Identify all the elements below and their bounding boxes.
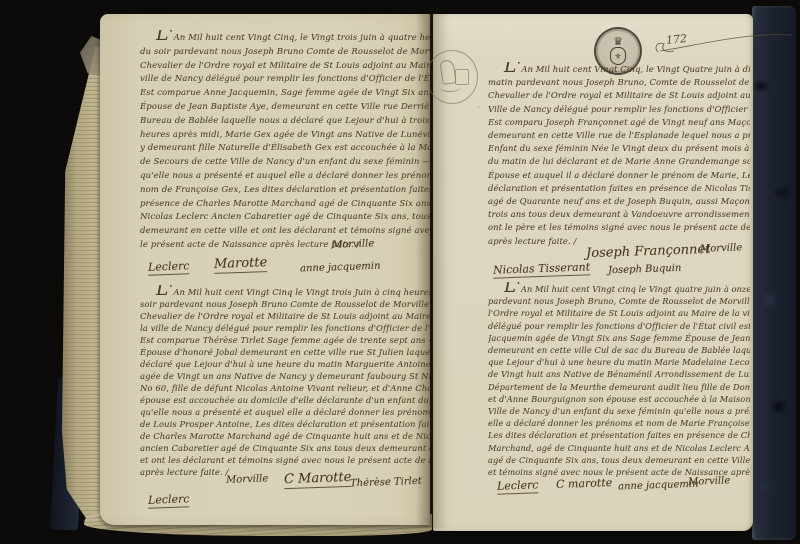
manuscript-line: L'An Mil huit cent Vingt Cinq, le Vingt … — [140, 30, 430, 46]
manuscript-line: Est comparu Joseph Françonnet agé de Vin… — [488, 116, 750, 129]
manuscript-line: Épouse d'honoré Jobal demeurant en cette… — [140, 346, 430, 358]
manuscript-line: y demeurant fille Naturelle d'Élisabeth … — [140, 142, 430, 156]
manuscript-line: de Secours de cette Ville de Nancy d'un … — [140, 156, 430, 170]
signature-leclerc-right-2: Leclerc — [497, 478, 539, 494]
manuscript-line: agée de Vingt un ans Native de Nancy y d… — [140, 370, 430, 382]
manuscript-line: le présent acte de Naissance après lectu… — [140, 239, 430, 253]
manuscript-line: de Vingt huit ans Native de Bénaménil Ar… — [488, 368, 750, 380]
manuscript-line: du soir pardevant nous Joseph Bruno Comt… — [140, 46, 430, 60]
manuscript-line: Marchand, agé de Cinquante huit ans et d… — [488, 442, 750, 454]
manuscript-line: soir pardevant nous Joseph Bruno Comte d… — [140, 298, 430, 310]
book-cover-right — [752, 6, 796, 540]
manuscript-line: ville de Nancy délégué pour remplir les … — [140, 73, 430, 87]
manuscript-line: demeurant en cette ville et ont les décl… — [140, 225, 430, 239]
signature-morville-left-1: Morville — [332, 238, 375, 250]
manuscript-line: épouse est accouchée au domicile d'elle … — [140, 394, 430, 406]
manuscript-line: Bureau de Bablée laquelle nous a déclaré… — [140, 115, 430, 129]
manuscript-line: et ont les déclarant et témoins signé av… — [140, 454, 430, 466]
manuscript-line: L'An Mil huit cent Vingt cinq le Vingt q… — [488, 282, 750, 295]
manuscript-line: déclaration et présentation faites en pr… — [488, 182, 750, 195]
birth-record-right-1: L'An Mil huit cent Vingt Cinq, le Vingt … — [488, 62, 750, 248]
manuscript-line: pardevant nous Joseph Bruno, Comte de Ro… — [488, 295, 750, 307]
manuscript-line: Département de la Meurthe demeurant audi… — [488, 381, 750, 393]
manuscript-line: déclaré que Lejour d'hui à une heure du … — [140, 358, 430, 370]
manuscript-line: Enfant du sexe féminin Née le Vingt deux… — [488, 142, 750, 155]
crown-icon: ♛ — [613, 37, 623, 47]
manuscript-line: Chevalier de l'Ordre royal et Militaire … — [488, 89, 750, 102]
birth-record-right-2: L'An Mil huit cent Vingt cinq le Vingt q… — [488, 282, 750, 478]
manuscript-line: que Lejour d'hui à une heure du matin Ma… — [488, 356, 750, 368]
manuscript-line: la ville de Nancy délégué pour remplir l… — [140, 322, 430, 334]
manuscript-line: délégué pour remplir les fonctions d'Off… — [488, 320, 750, 332]
manuscript-line: Ville de Nancy délégué pour remplir les … — [488, 103, 750, 116]
manuscript-line: de Charles Marotte Marchand agé de Cinqu… — [140, 430, 430, 442]
manuscript-line: Chevalier de l'Ordre royal et Militaire … — [140, 60, 430, 74]
signature-marotte-left-1: Marotte — [214, 255, 268, 274]
signature-c-marotte-left-2: C Marotte — [284, 470, 352, 489]
manuscript-line: trois ans tous deux demeurant à Vandoeuv… — [488, 208, 750, 221]
manuscript-line: Nicolas Leclerc Ancien Cabaretier agé de… — [140, 211, 430, 225]
manuscript-line: Est comparue Thérèse Tirlet Sage femme a… — [140, 334, 430, 346]
signature-leclerc-left-1: Leclerc — [148, 259, 190, 275]
signature-morville-left-2: Morville — [226, 473, 269, 485]
folio-number-flourish — [650, 24, 796, 60]
signature-morville-right-2: Morville — [688, 475, 731, 487]
embossed-base-line — [439, 81, 461, 92]
signature-leclerc-left-2: Leclerc — [148, 492, 190, 508]
manuscript-line: Épouse de Jean Baptiste Aye, demeurant e… — [140, 101, 430, 115]
signature-morville-right-1: Morville — [700, 242, 743, 254]
manuscript-line: L'An Mil huit cent Vingt Cinq le Vingt t… — [140, 285, 430, 298]
manuscript-line: Est comparue Anne Jacquemin, Sage femme … — [140, 87, 430, 101]
manuscript-line: Jacquemin agée de Vingt Six ans Sage fem… — [488, 332, 750, 344]
birth-record-left-2: L'An Mil huit cent Vingt Cinq le Vingt t… — [140, 285, 430, 478]
manuscript-line: et d'Anne Bourguignon son épouse est acc… — [488, 393, 750, 405]
manuscript-line: elle a déclaré donner les prénoms et nom… — [488, 417, 750, 429]
manuscript-line: No 60, fille de défunt Nicolas Antoine V… — [140, 382, 430, 394]
manuscript-line: Chevalier de l'Ordre royal et Militaire … — [140, 310, 430, 322]
manuscript-line: heures après midi, Marie Gex agée de Vin… — [140, 129, 430, 143]
manuscript-line: Ville de Nancy d'un enfant du sexe fémin… — [488, 405, 750, 417]
signature-c-marotte-right-2: C marotte — [556, 476, 613, 491]
manuscript-line: de Louis Prosper Antoine, Les dites décl… — [140, 418, 430, 430]
manuscript-line: Épouse et auquel il a déclaré donner le … — [488, 169, 750, 182]
manuscript-line: demeurant en cette ville Cul de sac du B… — [488, 344, 750, 356]
manuscript-line: ont le père et les témoins signé avec no… — [488, 221, 750, 234]
manuscript-line: L'An Mil huit cent Vingt Cinq, le Vingt … — [488, 62, 750, 76]
birth-record-left-1: L'An Mil huit cent Vingt Cinq, le Vingt … — [140, 30, 430, 253]
manuscript-line: agé de Quarante neuf ans et de Joseph Bu… — [488, 195, 750, 208]
manuscript-line: Les dites déclaration et présentation fa… — [488, 429, 750, 441]
manuscript-line: ancien Cabaretier agé de Cinquante Six a… — [140, 442, 430, 454]
manuscript-line: nom de Françoise Gex, Les dites déclarat… — [140, 184, 430, 198]
manuscript-line: agé de Cinquante Six ans, tous deux deme… — [488, 454, 750, 466]
manuscript-line: présence de Charles Marotte Marchand agé… — [140, 198, 430, 212]
manuscript-line: qu'elle nous a présenté et auquel elle a… — [140, 406, 430, 418]
manuscript-line: matin pardevant nous Joseph Bruno, Comte… — [488, 76, 750, 89]
scanned-register-screenshot: ♛ ⚜ 172 L'An Mil huit cent Vingt Cinq, l… — [0, 0, 800, 544]
manuscript-line: qu'elle nous a présenté et auquel elle a… — [140, 170, 430, 184]
manuscript-line: du matin de lui déclarant et de Marie An… — [488, 155, 750, 168]
embossed-tax-stamp-icon — [426, 50, 478, 104]
manuscript-line: demeurant en cette Ville rue de l'Esplan… — [488, 129, 750, 142]
manuscript-line: l'Ordre royal et Militaire de St Louis a… — [488, 307, 750, 319]
